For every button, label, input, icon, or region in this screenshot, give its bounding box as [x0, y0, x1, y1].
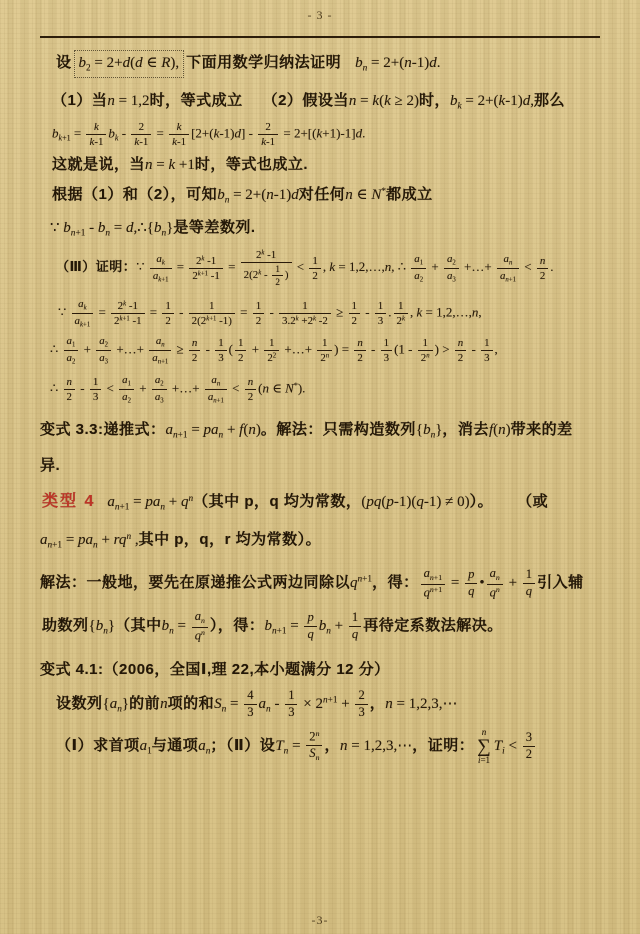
para-induction-setup: 设b2 = 2+d(d ∈ R),下面用数学归纳法证明bn = 2+(n-1)d… [56, 50, 600, 78]
text-run: 设 [56, 54, 72, 71]
math-run: - [261, 269, 270, 281]
denominator: 2 [245, 390, 256, 403]
denominator: 2(2k+1 -1) [189, 314, 235, 327]
numerator: 3 [523, 731, 535, 747]
numerator: a2 [96, 335, 111, 351]
subscript: 1 [420, 260, 423, 267]
math-run: = d,∴{b [110, 220, 161, 236]
math-run: T [494, 738, 502, 754]
numerator: p [304, 611, 316, 627]
math-run: 2 [275, 277, 280, 287]
numerator: 1 [235, 337, 246, 351]
numerator: an [497, 253, 519, 269]
numerator: ak [150, 253, 172, 269]
math-run: - [176, 304, 187, 319]
numerator: 1 [264, 337, 279, 351]
math-run: 1 [302, 300, 307, 312]
numerator: 1 [253, 300, 264, 314]
text-run: 时， [419, 92, 450, 109]
math-run: f(n) [489, 422, 511, 438]
para-variant-4-1: 变式 4.1:（2006，全国Ⅰ,理 22,本小题满分 12 分） [40, 659, 600, 682]
math-run: 1 [218, 337, 223, 349]
superscript: n [326, 352, 329, 359]
denominator: k-1 [86, 135, 106, 148]
subscript: n [316, 753, 320, 762]
numerator: n [64, 376, 75, 390]
math-run: = [447, 575, 463, 591]
denominator: 3 [90, 390, 101, 403]
numerator: an [149, 335, 171, 351]
math-run: k-1 [172, 136, 186, 148]
denominator: an+1 [149, 351, 171, 366]
math-run: = 2+(n-1)d. [367, 55, 440, 71]
denominator: Sn [306, 746, 322, 763]
math-run: (1 - [394, 341, 416, 356]
math-run: n ∈ N [345, 187, 381, 203]
math-run: ∵ [136, 259, 148, 274]
numerator: 2 [258, 121, 278, 135]
math-run: +…+ [113, 341, 147, 356]
subscript: k+1 [158, 277, 168, 284]
math-run: a [140, 738, 148, 754]
math-run: 3 [288, 705, 294, 719]
fraction: anan+1 [497, 253, 519, 284]
subscript: n+1 [272, 626, 287, 636]
text-run: （Ⅰ）求首项 [56, 737, 140, 754]
text-run: ）。 [470, 493, 494, 510]
fraction: 12 [272, 264, 283, 287]
math-run: 2(2 [244, 269, 259, 281]
numerator: 1 [418, 337, 433, 351]
denominator: a2 [119, 390, 134, 405]
math-run: 1 [93, 376, 98, 388]
math-run: 2 [312, 270, 317, 282]
dotted-box: b2 = 2+d(d ∈ R), [74, 50, 185, 78]
denominator: 2 [349, 314, 360, 327]
subscript: k [162, 260, 165, 267]
math-run: ∵ b [50, 220, 71, 236]
text-run: 变式 4.1:（2006，全国Ⅰ,理 22,本小题满分 12 分） [40, 661, 390, 678]
math-run: 1 [378, 300, 383, 312]
fraction: anqn [192, 610, 208, 643]
math-run: + q [165, 494, 188, 510]
math-run: 1 [256, 300, 261, 312]
denominator: 2 [537, 269, 548, 282]
math-run: = pa [188, 422, 219, 438]
denominator: an+1 [497, 269, 519, 284]
math-run: = [95, 304, 109, 319]
subscript: n [496, 573, 500, 582]
fraction: 23 [355, 689, 367, 720]
math-run: n [458, 337, 463, 349]
math-run: ) = [334, 341, 352, 356]
math-run: q [352, 627, 358, 641]
fraction: 12 [235, 337, 246, 364]
math-run: = [225, 259, 239, 274]
para-case-1-2: （1）当n = 1,2时，等式成立（2）假设当n = k(k ≥ 2)时，bk … [52, 90, 600, 114]
fraction: a2a3 [444, 253, 459, 284]
math-run: a [166, 422, 174, 438]
page-number-top: - 3 - [40, 0, 600, 23]
math-run: ≥ [333, 304, 347, 319]
header-rule [40, 36, 600, 38]
denominator: k-1 [131, 135, 151, 148]
math-run: - [119, 125, 130, 140]
fraction: akak+1 [72, 298, 94, 329]
numerator: 1 [285, 689, 297, 705]
math-run: } [108, 618, 115, 634]
denominator: 2n [317, 351, 332, 364]
formula-bk-plus-1: bk+1 = kk-1bk - 2k-1 = kk-1[2+(k-1)d] - … [52, 121, 600, 148]
fraction: n2 [189, 337, 200, 364]
fraction: pq [304, 611, 316, 642]
text-run: 解法：一般地，要先在原递推公式两边同除以 [40, 574, 350, 591]
fraction: 43 [244, 689, 256, 720]
section-label: 类型 4 [42, 493, 95, 510]
math-run: a [40, 532, 48, 548]
math-run: a [107, 494, 115, 510]
numerator: 2k -1 [241, 249, 292, 263]
math-run: < [229, 380, 243, 395]
para-type-4: 类型 4an+1 = pan + qn（其中 p，q 均为常数，(pq(p-1)… [42, 490, 600, 515]
subscript: n+1 [71, 228, 86, 238]
math-run: 1 [422, 337, 427, 349]
fraction: 12k [394, 300, 408, 327]
text-run: ，得： [372, 574, 419, 591]
numerator: n [189, 337, 200, 351]
fraction: n2 [455, 337, 466, 364]
text-run: 根据（1）和（2），可知 [52, 186, 217, 203]
numerator: 1 [375, 300, 386, 314]
math-run: + [338, 696, 354, 712]
denominator: k-1 [258, 135, 278, 148]
subscript: n [161, 341, 164, 348]
math-run: • [479, 575, 484, 591]
math-run: 2 [265, 121, 270, 133]
text-run: 时，等式成立 [150, 92, 243, 109]
subscript: n [509, 260, 512, 267]
math-run: , k = 1,2,…,n, ∴ [323, 259, 409, 274]
text-run: 引入辅 [537, 574, 584, 591]
numerator: ak [72, 298, 94, 314]
math-run: 1 [209, 300, 214, 312]
math-run: b [355, 55, 363, 71]
numerator: 1 [349, 611, 361, 627]
numerator: n [537, 255, 548, 269]
subscript: 2 [105, 341, 108, 348]
fraction: 2k-1 [258, 121, 278, 148]
text-run: 异. [40, 457, 60, 474]
fraction: 2k-1 [131, 121, 151, 148]
fraction: 12n [418, 337, 433, 364]
denominator: 2 [253, 314, 264, 327]
numerator: n [455, 337, 466, 351]
denominator: 2(2k - 12) [241, 263, 292, 287]
fraction: 2nSn [306, 730, 322, 763]
math-run: +2 [299, 315, 313, 327]
math-run: n [160, 696, 168, 712]
fraction: n2 [64, 376, 75, 403]
text-run: 下面用数学归纳法证明 [186, 54, 341, 71]
document-content: 设b2 = 2+d(d ∈ R),下面用数学归纳法证明bn = 2+(n-1)d… [40, 50, 600, 765]
math-run: ∴ [50, 341, 62, 356]
text-run: 带来的差 [511, 421, 573, 438]
subscript: n+1 [213, 397, 224, 404]
math-run: 3 [526, 730, 532, 744]
math-run: - b [85, 220, 105, 236]
math-run: n = 1,2,3,⋯ [340, 738, 412, 754]
math-run: k [177, 121, 182, 133]
math-run: ( [229, 341, 233, 356]
fraction: anqn [487, 567, 503, 600]
math-run: 2 [165, 315, 170, 327]
denominator: 22 [264, 351, 279, 364]
superscript: n [316, 729, 320, 738]
denominator: q [349, 627, 361, 642]
formula-term-lower-bound: ∵ akak+1 = 2k -12k+1 -1 = 12 - 12(2k+1 -… [58, 298, 600, 329]
fraction: 12 [253, 300, 264, 327]
fraction: 13 [285, 689, 297, 720]
subscript: n+1 [505, 277, 516, 284]
numerator: an [192, 610, 208, 628]
math-run: -1 [126, 300, 138, 312]
page-number-bottom: -3- [0, 913, 640, 928]
denominator: qn [192, 628, 208, 643]
text-run: （Ⅲ）证明： [56, 259, 136, 274]
numerator: k [169, 121, 189, 135]
superscript: k+1 [206, 315, 216, 322]
math-run: , [495, 341, 498, 356]
formula-sum-lower-bound: ∴ a1a2 + a2a3 +…+ anan+1 ≥ n2 - 13(12 + … [50, 335, 600, 366]
math-run: 3.2 [282, 315, 296, 327]
math-run: 2 [256, 315, 261, 327]
math-run: - [368, 341, 379, 356]
math-run: 1 [398, 300, 403, 312]
subscript: 1 [72, 341, 75, 348]
math-run: k-1 [134, 136, 148, 148]
fraction: n2 [537, 255, 548, 282]
math-run: ). [298, 380, 306, 395]
math-run: p [307, 610, 313, 624]
spacer [95, 505, 107, 506]
math-run: , [131, 532, 139, 548]
denominator: 2 [162, 314, 173, 327]
math-run: = [287, 618, 303, 634]
denominator: ak+1 [150, 269, 172, 284]
fraction: akak+1 [150, 253, 172, 284]
math-run: 4 [247, 688, 253, 702]
math-run: 1 [275, 264, 280, 274]
numerator: an [487, 567, 503, 585]
math-run: +…+ [281, 341, 315, 356]
denominator: 2 [272, 276, 283, 287]
formula-final-bounds: ∴ n2 - 13 < a1a2 + a2a3 +…+ anan+1 < n2(… [50, 374, 600, 405]
text-run: 与通项 [152, 737, 199, 754]
fraction: 12 [162, 300, 173, 327]
subscript: n [217, 380, 220, 387]
math-run: a [259, 696, 267, 712]
math-run: 3 [484, 352, 489, 364]
math-run: n = k(k ≥ 2) [349, 93, 419, 109]
text-run: 的前 [129, 695, 160, 712]
text-run: 时，等式也成立. [195, 156, 308, 173]
numerator: 1 [162, 300, 173, 314]
fraction: a1a2 [64, 335, 79, 366]
denominator: a3 [96, 351, 111, 366]
numerator: 2 [355, 689, 367, 705]
fraction: a1a2 [411, 253, 426, 284]
text-run: 变式 3.3:递推式： [40, 421, 166, 438]
math-run: = [147, 304, 161, 319]
sum-lower-limit: i=1 [478, 756, 490, 765]
math-run: q [350, 575, 358, 591]
math-run: -2 [316, 315, 328, 327]
math-run: - [362, 304, 373, 319]
math-run: + [80, 341, 94, 356]
math-run: = 2+[(k+1)-1]d. [280, 125, 365, 140]
math-run: {b [416, 422, 431, 438]
math-run: = 2+(n-1)d [229, 187, 298, 203]
spacer [243, 104, 263, 105]
math-run: 1 [352, 300, 357, 312]
numerator: 1 [272, 264, 283, 276]
math-run: 3 [358, 705, 364, 719]
text-run: ），得： [210, 617, 265, 634]
denominator: 2n [418, 351, 433, 364]
math-run: ≥ [173, 341, 187, 356]
math-run: 2 [139, 121, 144, 133]
superscript: n [201, 628, 205, 637]
math-run: × 2 [299, 696, 322, 712]
para-by-1-and-2: 根据（1）和（2），可知bn = 2+(n-1)d对任何n ∈ N*都成立 [52, 184, 600, 208]
subscript: k+1 [59, 133, 71, 142]
text-run: 设数列 [56, 695, 103, 712]
spacer [341, 66, 355, 67]
denominator: 2 [354, 351, 365, 364]
numerator: 1 [349, 300, 360, 314]
fraction: n2 [354, 337, 365, 364]
para-type-4-cont: an+1 = pan + rqn ,其中 p，q，r 均为常数）。 [40, 529, 600, 553]
math-run: 3 [93, 391, 98, 403]
math-run: 2 [458, 352, 463, 364]
text-run: （1）当 [52, 92, 107, 109]
numerator: an+1 [421, 567, 446, 585]
math-run: = [237, 304, 251, 319]
denominator: 3 [381, 351, 392, 364]
superscript: n [496, 585, 500, 594]
fraction: a2a3 [152, 374, 167, 405]
fraction: 12(2k+1 -1) [189, 300, 235, 327]
para-arithmetic-sequence: ∵ bn+1 - bn = d,∴{bn}是等差数列. [50, 217, 600, 241]
math-run: b [79, 55, 87, 71]
math-run: q [468, 584, 474, 598]
numerator: 4 [244, 689, 256, 705]
math-run: 2 [540, 270, 545, 282]
math-run: q [526, 584, 532, 598]
superscript: n+1 [430, 585, 442, 594]
sigma-icon: ∑ [477, 737, 491, 756]
denominator: 2k+1 -1 [189, 269, 222, 282]
denominator: 3 [481, 351, 492, 364]
math-run: (pq(p-1)(q-1) ≠ 0) [361, 494, 469, 510]
subscript: n+1 [115, 502, 130, 512]
math-run: + [136, 380, 150, 395]
math-run: 2 [526, 747, 532, 761]
superscript: n+1 [358, 575, 373, 585]
superscript: k+1 [120, 315, 130, 322]
para-variant-3-3: 变式 3.3:递推式：an+1 = pan + f(n)。解法：只需构造数列{b… [40, 419, 600, 443]
math-run: -1 [130, 315, 142, 327]
math-run: a [198, 738, 206, 754]
math-run: 2 [67, 391, 72, 403]
denominator: an+1 [205, 390, 227, 405]
superscript: k [402, 315, 405, 322]
denominator: a3 [444, 269, 459, 284]
text-run: 这就是说，当 [52, 156, 145, 173]
numerator: 2k -1 [111, 300, 144, 314]
numerator: 1 [317, 337, 332, 351]
subscript: 3 [160, 397, 163, 404]
subscript: 2 [160, 380, 163, 387]
text-run: 对任何 [299, 186, 346, 203]
math-run: = [226, 696, 242, 712]
para-part3-proof: （Ⅲ）证明：∵ akak+1 = 2k -12k+1 -1 = 2k -12(2… [56, 249, 600, 287]
fraction: 2k -12k+1 -1 [189, 255, 222, 282]
denominator: a3 [152, 390, 167, 405]
math-run: n [248, 376, 253, 388]
math-run: {b [89, 618, 104, 634]
document-page: - 3 - 设b2 = 2+d(d ∈ R),下面用数学归纳法证明bn = 2+… [0, 0, 640, 934]
math-run: = [174, 259, 188, 274]
numerator: 1 [481, 337, 492, 351]
text-run: （其中 p，q 均为常数， [193, 493, 361, 510]
math-run: < [294, 259, 308, 274]
math-run: < [103, 380, 117, 395]
denominator: a2 [64, 351, 79, 366]
text-run: ， [370, 695, 386, 712]
fraction: 2k -12(2k - 12) [241, 249, 292, 287]
denominator: ak+1 [72, 314, 94, 329]
subscript: 3 [105, 358, 108, 365]
math-run: 1 [384, 337, 389, 349]
numerator: 1 [523, 568, 535, 584]
denominator: 2k [394, 314, 408, 327]
text-run: 助数列 [42, 617, 89, 634]
numerator: a2 [444, 253, 459, 269]
text-run: 。解法：只需构造数列 [261, 421, 416, 438]
fraction: 122 [264, 337, 279, 364]
numerator: a1 [119, 374, 134, 390]
math-run: + rq [98, 532, 127, 548]
fraction: kk-1 [169, 121, 189, 148]
text-run: （其中 [115, 617, 162, 634]
text-run: ；（Ⅱ）设 [210, 737, 275, 754]
denominator: 2 [455, 351, 466, 364]
math-run: ) [285, 269, 289, 281]
numerator: 1 [381, 337, 392, 351]
superscript: k+1 [198, 270, 208, 277]
math-run: -1) [216, 315, 231, 327]
denominator: a2 [411, 269, 426, 284]
math-run: k [94, 121, 99, 133]
math-run: 1 [352, 610, 358, 624]
numerator: a1 [64, 335, 79, 351]
subscript: 2 [72, 358, 75, 365]
math-run: = [288, 738, 304, 754]
numerator: a1 [411, 253, 426, 269]
superscript: n+1 [323, 696, 338, 706]
math-run: + [331, 618, 347, 634]
